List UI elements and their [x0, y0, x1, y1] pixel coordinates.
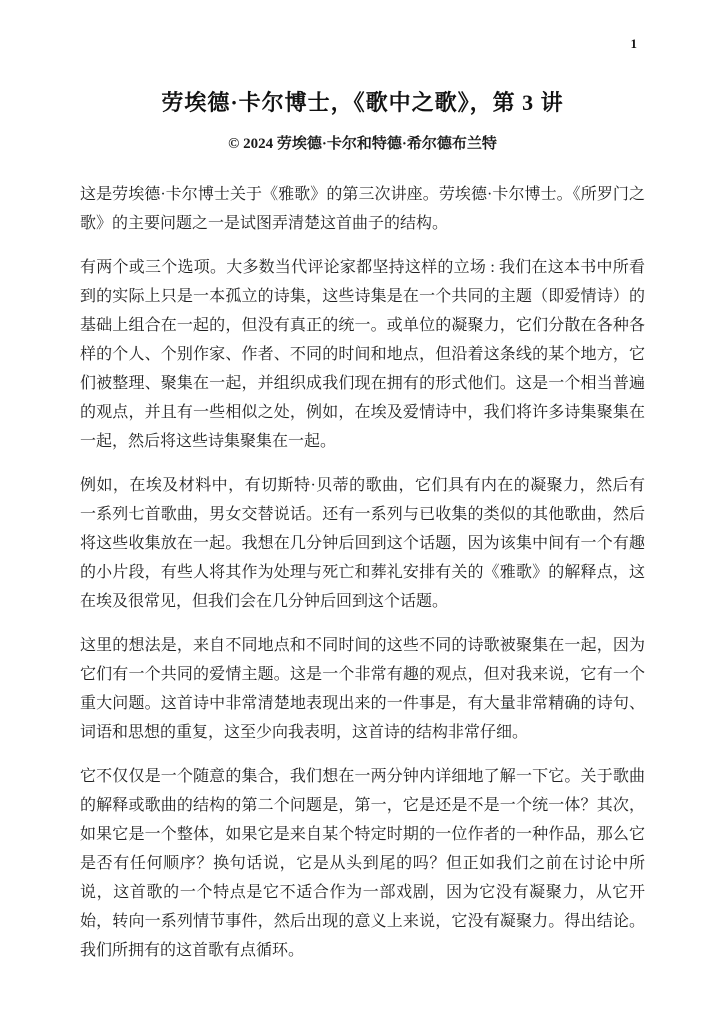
- document-title: 劳埃德·卡尔博士，《歌中之歌》，第 3 讲: [60, 88, 665, 118]
- body-paragraph-3: 例如，在埃及材料中，有切斯特·贝蒂的歌曲，它们具有内在的凝聚力，然后有一系列七首…: [80, 471, 645, 616]
- body-paragraph-1: 这是劳埃德·卡尔博士关于《雅歌》的第三次讲座。劳埃德·卡尔博士。《所罗门之歌》的…: [80, 180, 645, 238]
- page-number: 1: [0, 36, 637, 52]
- document-page: 1 劳埃德·卡尔博士，《歌中之歌》，第 3 讲 © 2024 劳埃德·卡尔和特德…: [0, 0, 724, 1024]
- body-paragraph-4: 这里的想法是，来自不同地点和不同时间的这些不同的诗歌被聚集在一起，因为它们有一个…: [80, 631, 645, 747]
- copyright-line: © 2024 劳埃德·卡尔和特德·希尔德布兰特: [80, 133, 645, 155]
- body-paragraph-2: 有两个或三个选项。大多数当代评论家都坚持这样的立场 : 我们在这本书中所看到的实…: [80, 253, 645, 456]
- body-paragraph-5: 它不仅仅是一个随意的集合，我们想在一两分钟内详细地了解一下它。关于歌曲的解释或歌…: [80, 762, 645, 965]
- document-body: 这是劳埃德·卡尔博士关于《雅歌》的第三次讲座。劳埃德·卡尔博士。《所罗门之歌》的…: [80, 180, 645, 980]
